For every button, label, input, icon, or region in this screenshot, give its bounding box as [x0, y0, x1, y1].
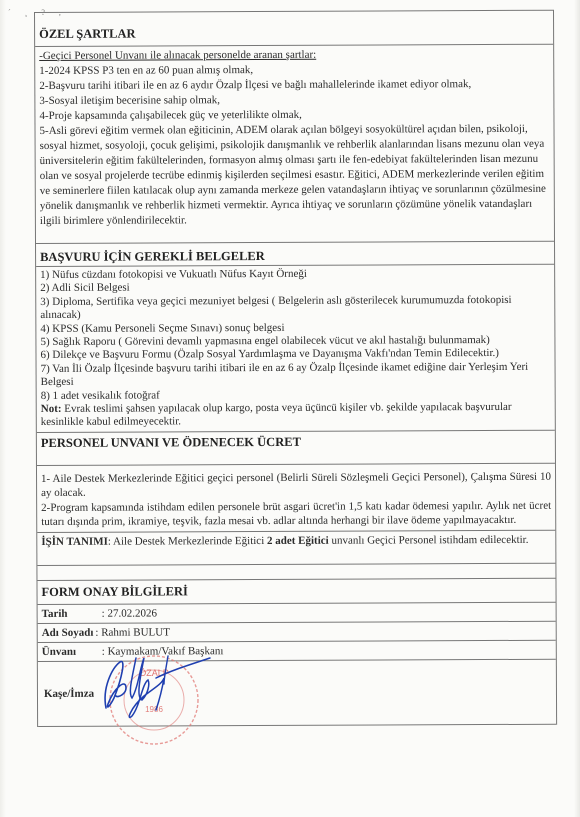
approval-date-row: Tarih : 27.02.2026: [38, 602, 556, 623]
pay-item: 1- Aile Destek Merkezlerinde Eğitici geç…: [41, 470, 551, 501]
required-documents-heading: BAŞVURU İÇİN GEREKLİ BELGELER: [36, 241, 554, 266]
name-label: Adı Soyadı: [42, 627, 94, 639]
job-description-text-b: unvanlı Geçici Personel istihdam edilece…: [329, 534, 529, 547]
official-stamp-and-signature: ÖZALP 1986: [92, 648, 232, 768]
special-conditions-heading: ÖZEL ŞARTLAR: [35, 10, 553, 46]
job-description: İŞİN TANIMI: Aile Destek Merkezlerinde E…: [37, 530, 555, 566]
approval-name-row: Adı Soyadı : Rahmi BULUT: [38, 621, 556, 642]
name-value: : Rahmi BULUT: [95, 627, 170, 639]
signature-label: Kaşe/İmza: [42, 688, 94, 700]
required-documents-section: 1) Nüfus cüzdanı fotokopisi ve Vukuatlı …: [36, 264, 555, 432]
date-value: : 27.02.2026: [102, 608, 157, 620]
pay-item: 2-Program kapsamında istihdam edilen per…: [41, 499, 551, 530]
application-form-page: ÖZEL ŞARTLAR -Geçici Personel Unvanı ile…: [34, 10, 557, 728]
special-conditions-section: -Geçici Personel Unvanı ile alınacak per…: [35, 44, 554, 243]
document-item: 3) Diploma, Sertifika veya geçici mezuni…: [40, 294, 550, 323]
job-description-label: İŞİN TANIMI: [41, 536, 108, 548]
note-text: Evrak teslimi şahsen yapılacak olup karg…: [41, 401, 512, 428]
form-table: ÖZEL ŞARTLAR -Geçici Personel Unvanı ile…: [34, 10, 557, 728]
job-description-count: 2 adet Eğitici: [267, 535, 329, 547]
date-label: Tarih: [42, 608, 102, 620]
documents-note: Not: Evrak teslimi şahsen yapılacak olup…: [41, 401, 551, 430]
position-pay-heading: PERSONEL UNVANI VE ÖDENECEK ÜCRET: [37, 430, 555, 465]
signature-icon: [92, 648, 232, 768]
document-item: 7) Van İli Özalp İlçesinde başvuru tarih…: [41, 361, 551, 390]
approval-heading: FORM ONAY BİLGİLERİ: [37, 578, 555, 604]
note-label: Not:: [41, 403, 62, 415]
job-description-text-a: : Aile Destek Merkezlerinde Eğitici: [108, 535, 267, 548]
position-pay-section: 1- Aile Destek Merkezlerinde Eğitici geç…: [37, 463, 555, 532]
condition-item: 5-Asli görevi eğitim vermek olan eğitici…: [39, 122, 550, 241]
